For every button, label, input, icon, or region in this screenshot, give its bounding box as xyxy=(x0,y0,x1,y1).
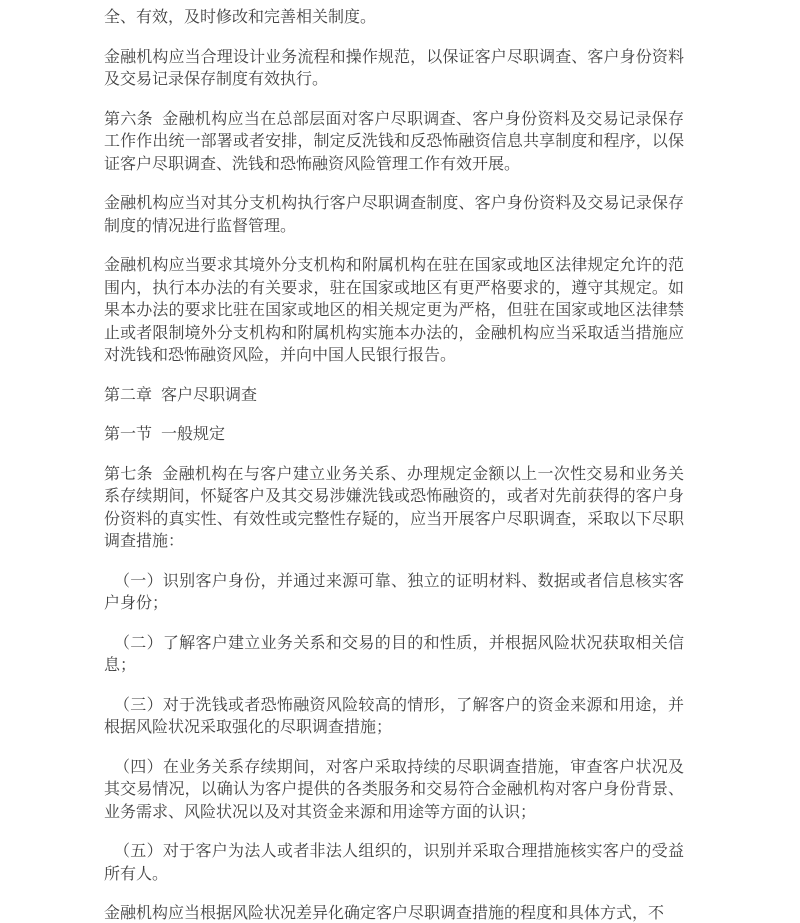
paragraph: 金融机构应当合理设计业务流程和操作规范，以保证客户尽职调查、客户身份资料及交易记… xyxy=(104,47,684,92)
list-item-paragraph: （四）在业务关系存续期间，对客户采取持续的尽职调查措施，审查客户状况及其交易情况… xyxy=(104,757,684,825)
document-page: 全、有效，及时修改和完善相关制度。金融机构应当合理设计业务流程和操作规范，以保证… xyxy=(0,0,800,923)
section-heading: 第一节 一般规定 xyxy=(104,424,684,447)
paragraph: 全、有效，及时修改和完善相关制度。 xyxy=(104,7,684,30)
document-body: 全、有效，及时修改和完善相关制度。金融机构应当合理设计业务流程和操作规范，以保证… xyxy=(104,7,684,923)
paragraph: 第七条 金融机构在与客户建立业务关系、办理规定金额以上一次性交易和业务关系存续期… xyxy=(104,464,684,554)
paragraph: 金融机构应当要求其境外分支机构和附属机构在驻在国家或地区法律规定允许的范围内，执… xyxy=(104,255,684,368)
paragraph: 金融机构应当对其分支机构执行客户尽职调查制度、客户身份资料及交易记录保存制度的情… xyxy=(104,193,684,238)
list-item-paragraph: （五）对于客户为法人或者非法人组织的，识别并采取合理措施核实客户的受益所有人。 xyxy=(104,841,684,886)
paragraph: 第六条 金融机构应当在总部层面对客户尽职调查、客户身份资料及交易记录保存工作作出… xyxy=(104,109,684,177)
paragraph: 金融机构应当根据风险状况差异化确定客户尽职调查措施的程度和具体方式，不 xyxy=(104,903,684,923)
list-item-paragraph: （二）了解客户建立业务关系和交易的目的和性质，并根据风险状况获取相关信息； xyxy=(104,633,684,678)
chapter-heading: 第二章 客户尽职调查 xyxy=(104,385,684,408)
list-item-paragraph: （一）识别客户身份，并通过来源可靠、独立的证明材料、数据或者信息核实客户身份； xyxy=(104,571,684,616)
list-item-paragraph: （三）对于洗钱或者恐怖融资风险较高的情形，了解客户的资金来源和用途，并根据风险状… xyxy=(104,695,684,740)
